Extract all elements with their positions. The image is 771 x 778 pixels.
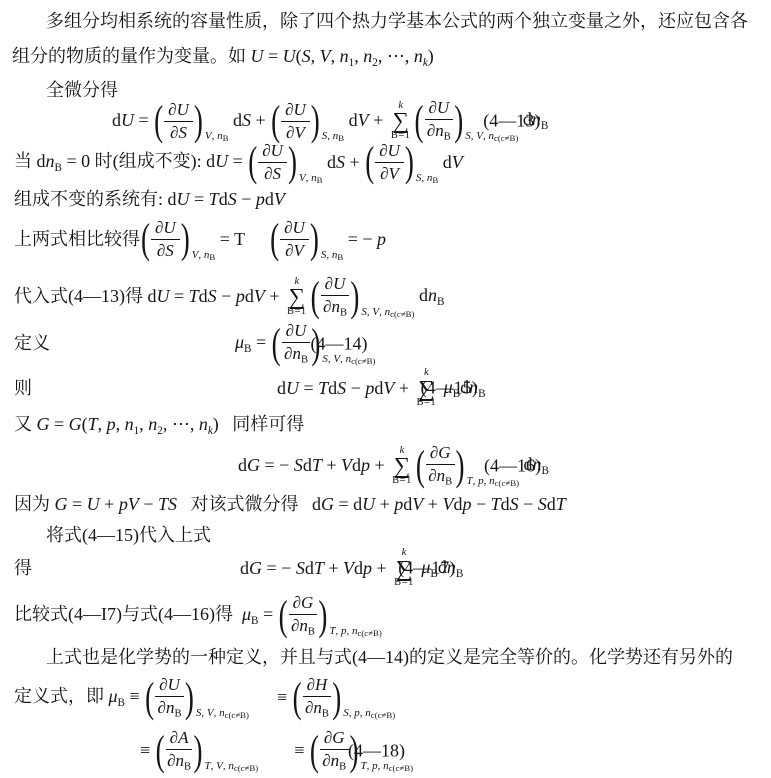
open-paren: ( — [415, 445, 426, 487]
held-constant-subscript: S, V, nc(c≠B) — [196, 706, 249, 722]
fraction-denominator: ∂nB — [322, 750, 346, 774]
equation-number: (4—14) — [310, 332, 367, 355]
fraction-denominator: ∂S — [157, 240, 174, 261]
fraction: ∂U∂V — [280, 218, 309, 261]
spacer — [32, 388, 277, 389]
text-run: 将式(4—15)代入上式 — [46, 524, 211, 547]
math-run: 定义式，即 μB ≡ — [14, 685, 144, 710]
text-run: 则 — [14, 377, 32, 400]
held-constant-subscript: S, nB — [416, 171, 438, 187]
open-paren: ( — [269, 219, 280, 261]
fraction-denominator: ∂nB — [291, 615, 315, 639]
open-paren: ( — [247, 142, 258, 184]
held-constant-subscript: V, nB — [192, 248, 216, 264]
partial-derivative-term: (∂U∂V)S, nB — [270, 100, 344, 143]
fraction: ∂U∂nB — [282, 321, 311, 367]
close-paren: ) — [310, 100, 321, 142]
math-run: dV — [438, 151, 463, 174]
fraction-numerator: ∂G — [320, 728, 349, 750]
fraction: ∂H∂nB — [303, 675, 332, 721]
fraction-denominator: ∂nB — [284, 343, 308, 367]
held-constant-subscript: S, p, nc(c≠B) — [343, 706, 395, 722]
close-paren: ) — [453, 100, 464, 142]
line-dn-zero: 当 dnB = 0 时(组成不变): dU = (∂U∂S)V, nB dS +… — [14, 141, 463, 184]
fraction-numerator: ∂U — [375, 141, 404, 163]
partial-derivative-term: (∂U∂nB)S, V, nc(c≠B) — [310, 274, 415, 320]
partial-derivative-term: (∂U∂S)V, nB — [247, 141, 322, 184]
held-constant-subscript: T, p, nc(c≠B) — [329, 624, 382, 640]
math-run: dnB — [414, 284, 444, 309]
fraction: ∂U∂nB — [155, 675, 184, 721]
fraction-numerator: ∂U — [164, 100, 193, 122]
math-run: 上两式相比较得 — [14, 228, 140, 251]
math-run: = T — [215, 228, 245, 251]
partial-derivative-term: (∂A∂nB)T, V, nc(c≠B) — [155, 728, 259, 774]
spacer — [245, 239, 269, 240]
fraction-numerator: ∂U — [425, 98, 454, 120]
spacer — [32, 568, 240, 569]
open-paren: ( — [140, 219, 151, 261]
fraction-numerator: ∂U — [155, 675, 184, 697]
equation-number: (4—13) — [483, 109, 540, 132]
fraction-denominator: ∂S — [264, 163, 281, 184]
equation-number: (4—17) — [398, 557, 455, 580]
equation-4-13: dU = (∂U∂S)V, nB dS + (∂U∂V)S, nB dV + k… — [112, 98, 548, 144]
held-constant-subscript: T, V, nc(c≠B) — [204, 759, 258, 775]
fraction-numerator: ∂U — [321, 274, 350, 296]
sigma-icon: ∑ — [289, 286, 305, 308]
math-run: dS + — [323, 151, 365, 174]
text-run: 定义 — [14, 332, 50, 355]
partial-derivative-term: (∂U∂S)V, nB — [153, 100, 228, 143]
open-paren: ( — [310, 276, 321, 318]
fraction: ∂G∂nB — [426, 443, 455, 489]
fraction-denominator: ∂nB — [428, 465, 452, 489]
close-paren: ) — [180, 219, 191, 261]
open-paren: ( — [414, 100, 425, 142]
open-paren: ( — [364, 142, 375, 184]
close-paren: ) — [287, 142, 298, 184]
text-run: 多组分均相系统的容量性质，除了四个热力学基本公式的两个独立变量之外，还应包含各 — [46, 10, 748, 33]
fraction-numerator: ∂U — [281, 100, 310, 122]
line-obtain-4-17: 得dG = − SdT + Vdp + k∑B=1 μBdnB(4—17) — [14, 548, 463, 589]
line-then-4-15: 则dU = TdS − pdV + k∑B=1 μBdnB(4—15) — [14, 368, 486, 409]
close-paren: ) — [184, 677, 195, 719]
math-run: 组成不变的系统有: dU = TdS − pdV — [14, 188, 285, 211]
sigma-icon: ∑ — [394, 455, 410, 477]
fraction-denominator: ∂nB — [167, 750, 191, 774]
math-run: 因为 G = U + pV − TS 对该式微分得 dG = dU + pdV … — [14, 493, 566, 516]
fraction: ∂G∂nB — [289, 593, 318, 639]
fraction-denominator: ∂nB — [158, 697, 182, 721]
fraction-denominator: ∂nB — [305, 697, 329, 721]
fraction-numerator: ∂G — [426, 443, 455, 465]
fraction: ∂U∂S — [151, 218, 180, 261]
line-G-function: 又 G = G(T, p, n1, n2, ⋯, nk) 同样可得 — [14, 413, 304, 438]
fraction: ∂U∂nB — [321, 274, 350, 320]
line-compare-4-17-4-16: 比较式(4—I7)与式(4—16)得 μB = (∂G∂nB)T, p, nc(… — [14, 593, 382, 639]
fraction: ∂U∂V — [375, 141, 404, 184]
math-run: dU = TdS − pdV + — [277, 377, 413, 400]
math-run: 又 G = G(T, p, n1, n2, ⋯, nk) 同样可得 — [14, 413, 304, 438]
equation-4-18: ≡ (∂A∂nB)T, V, nc(c≠B)≡ (∂G∂nB)T, p, nc(… — [140, 728, 413, 774]
open-paren: ( — [144, 677, 155, 719]
equation-number: (4—18) — [348, 739, 405, 762]
equation-4-16: dG = − SdT + Vdp + k∑B=1(∂G∂nB)T, p, nc(… — [238, 443, 549, 489]
fraction-numerator: ∂U — [280, 218, 309, 240]
math-run: 比较式(4—I7)与式(4—16)得 μB = — [14, 603, 278, 628]
close-paren: ) — [331, 677, 342, 719]
line-constant-composition: 组成不变的系统有: dU = TdS − pdV — [14, 188, 285, 211]
close-paren: ) — [349, 276, 360, 318]
text-run: 上式也是化学势的一种定义，并且与式(4—14)的定义是完全等价的。化学势还有另外… — [46, 646, 733, 669]
held-constant-subscript: S, nB — [321, 248, 343, 264]
open-paren: ( — [278, 595, 289, 637]
close-paren: ) — [404, 142, 415, 184]
para-2-line-2: 定义式，即 μB ≡ (∂U∂nB)S, V, nc(c≠B)≡ (∂H∂nB)… — [14, 675, 395, 721]
line-definition-4-14: 定义μB = (∂U∂nB)S, V, nc(c≠B)(4—14) — [14, 321, 375, 367]
math-run: dG = − SdT + Vdp + — [240, 557, 391, 580]
open-paren: ( — [153, 100, 164, 142]
fraction-numerator: ∂H — [303, 675, 332, 697]
held-constant-subscript: V, nB — [299, 171, 323, 187]
fraction-numerator: ∂U — [258, 141, 287, 163]
para-1-line-1: 多组分均相系统的容量性质，除了四个热力学基本公式的两个独立变量之外，还应包含各 — [46, 10, 748, 33]
open-paren: ( — [292, 677, 303, 719]
equation-number: (4—16) — [484, 454, 541, 477]
fraction: ∂G∂nB — [320, 728, 349, 774]
math-run: μB = — [235, 331, 271, 356]
summation: k∑B=1 — [287, 277, 307, 318]
math-run: dU = — [112, 109, 153, 132]
fraction-denominator: ∂V — [380, 163, 399, 184]
fraction: ∂U∂V — [281, 100, 310, 143]
close-paren: ) — [455, 445, 466, 487]
open-paren: ( — [270, 100, 281, 142]
open-paren: ( — [271, 323, 282, 365]
line-substitute-4-15: 将式(4—15)代入上式 — [46, 524, 211, 547]
partial-derivative-term: (∂U∂V)S, nB — [269, 218, 343, 261]
text-run: 得 — [14, 557, 32, 580]
fraction-denominator: ∂V — [285, 240, 304, 261]
para-2-line-1: 上式也是化学势的一种定义，并且与式(4—14)的定义是完全等价的。化学势还有另外… — [46, 646, 733, 669]
fraction-numerator: ∂U — [282, 321, 311, 343]
math-run: 组分的物质的量作为变量。如 U = U(S, V, n1, n2, ⋯, nk) — [12, 45, 434, 70]
math-run: = − p — [343, 228, 386, 251]
line-substitute-into-4-13: 代入式(4—13)得 dU = TdS − pdV + k∑B=1(∂U∂nB)… — [14, 274, 444, 320]
fraction-denominator: ∂S — [170, 122, 187, 143]
spacer — [50, 344, 235, 345]
para-1-line-2: 组分的物质的量作为变量。如 U = U(S, V, n1, n2, ⋯, nk) — [12, 45, 434, 70]
close-paren: ) — [309, 219, 320, 261]
fraction: ∂U∂nB — [425, 98, 454, 144]
math-run: 当 dnB = 0 时(组成不变): dU = — [14, 150, 247, 175]
math-run: ≡ — [140, 739, 155, 762]
open-paren: ( — [155, 730, 166, 772]
close-paren: ) — [317, 595, 328, 637]
held-constant-subscript: S, V, nc(c≠B) — [361, 305, 414, 321]
fraction: ∂A∂nB — [166, 728, 193, 774]
math-run: dG = − SdT + Vdp + — [238, 454, 389, 477]
partial-derivative-term: (∂U∂V)S, nB — [364, 141, 438, 184]
close-paren: ) — [192, 730, 203, 772]
partial-derivative-term: (∂U∂nB)S, V, nc(c≠B) — [144, 675, 249, 721]
fraction-numerator: ∂A — [166, 728, 193, 750]
equation-number: (4—15) — [421, 377, 478, 400]
math-run: dS + — [228, 109, 270, 132]
math-run: ≡ — [277, 686, 292, 709]
summation: k∑B=1 — [392, 446, 412, 487]
line-because-G: 因为 G = U + pV − TS 对该式微分得 dG = dU + pdV … — [14, 493, 566, 516]
partial-derivative-term: (∂H∂nB)S, p, nc(c≠B) — [292, 675, 396, 721]
spacer — [249, 698, 277, 699]
sigma-icon: ∑ — [392, 110, 408, 132]
summation: k∑B=1 — [391, 101, 411, 142]
math-run: 代入式(4—13)得 dU = TdS − pdV + — [14, 285, 284, 308]
open-paren: ( — [309, 730, 320, 772]
summation-lower-limit: B=1 — [392, 476, 412, 487]
fraction-denominator: ∂nB — [323, 296, 347, 320]
fraction-numerator: ∂G — [289, 593, 318, 615]
summation-lower-limit: B=1 — [287, 307, 307, 318]
para-1-line-3: 全微分得 — [46, 79, 118, 102]
text-run: 全微分得 — [46, 79, 118, 102]
partial-derivative-term: (∂G∂nB)T, p, nc(c≠B) — [278, 593, 382, 639]
spacer — [258, 751, 294, 752]
math-run: dV + — [344, 109, 388, 132]
document-page: 多组分均相系统的容量性质，除了四个热力学基本公式的两个独立变量之外，还应包含各组… — [0, 0, 771, 778]
math-run: ≡ — [294, 739, 309, 762]
line-compare-two: 上两式相比较得(∂U∂S)V, nB = T(∂U∂V)S, nB = − p — [14, 218, 386, 261]
fraction: ∂U∂S — [164, 100, 193, 143]
close-paren: ) — [193, 100, 204, 142]
partial-derivative-term: (∂U∂S)V, nB — [140, 218, 215, 261]
fraction-numerator: ∂U — [151, 218, 180, 240]
fraction: ∂U∂S — [258, 141, 287, 184]
